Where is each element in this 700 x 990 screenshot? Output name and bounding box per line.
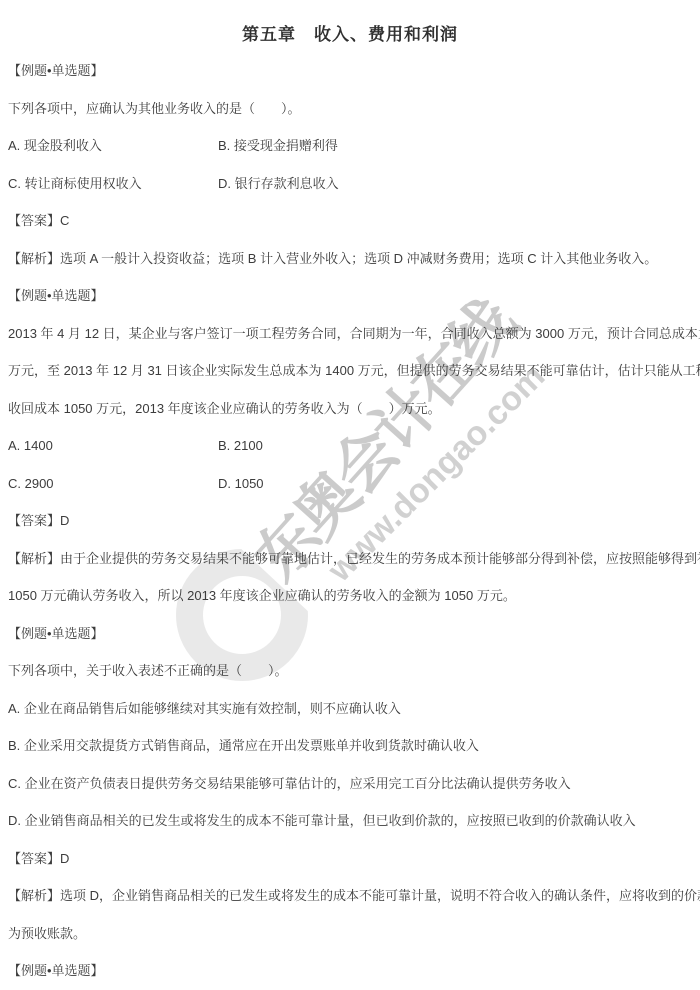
- option-d: D. 1050: [218, 476, 264, 491]
- document-content: 【例题•单选题】下列各项中，应确认为其他业务收入的是（ ）。A. 现金股利收入B…: [0, 52, 700, 990]
- analysis-line: 【解析】选项 A 一般计入投资收益；选项 B 计入营业外收入；选项 D 冲减财务…: [8, 240, 692, 278]
- option-b: B. 接受现金捐赠利得: [218, 138, 338, 153]
- answer-line: 【答案】D: [8, 840, 692, 878]
- option-d: D. 银行存款利息收入: [218, 176, 339, 191]
- question-type-tag: 【例题•单选题】: [8, 277, 692, 315]
- answer-line: 【答案】D: [8, 502, 692, 540]
- document-page: 东奥会计在线 www.dongao.com 第五章 收入、费用和利润 【例题•单…: [0, 0, 700, 990]
- options-row: A. 1400B. 2100: [8, 427, 692, 465]
- option-d: D. 企业销售商品相关的已发生或将发生的成本不能可靠计量，但已收到价款的，应按照…: [8, 802, 692, 840]
- question-stem-line: 2013 年 4 月 12 日，某企业与客户签订一项工程劳务合同，合同期为一年，…: [8, 315, 692, 353]
- question-stem-line: 收回成本 1050 万元，2013 年度该企业应确认的劳务收入为（ ）万元。: [8, 390, 692, 428]
- question-type-tag: 【例题•单选题】: [8, 615, 692, 653]
- option-a: A. 企业在商品销售后如能够继续对其实施有效控制，则不应确认收入: [8, 690, 692, 728]
- analysis-line: 【解析】选项 D，企业销售商品相关的已发生或将发生的成本不能可靠计量，说明不符合…: [8, 877, 692, 915]
- option-c: C. 转让商标使用权收入: [8, 165, 218, 203]
- option-b: B. 企业采用交款提货方式销售商品，通常应在开出发票账单并收到货款时确认收入: [8, 727, 692, 765]
- question-type-tag: 【例题•单选题】: [8, 52, 692, 90]
- question-type-tag: 【例题•单选题】: [8, 952, 692, 990]
- options-row: C. 转让商标使用权收入D. 银行存款利息收入: [8, 165, 692, 203]
- option-c: C. 2900: [8, 465, 218, 503]
- question-stem-line: 下列各项中，关于收入表述不正确的是（ ）。: [8, 652, 692, 690]
- option-a: A. 现金股利收入: [8, 127, 218, 165]
- answer-line: 【答案】C: [8, 202, 692, 240]
- analysis-line: 【解析】由于企业提供的劳务交易结果不能够可靠地估计，已经发生的劳务成本预计能够部…: [8, 540, 692, 578]
- options-row: C. 2900D. 1050: [8, 465, 692, 503]
- question-stem-line: 万元，至 2013 年 12 月 31 日该企业实际发生总成本为 1400 万元…: [8, 352, 692, 390]
- option-c: C. 企业在资产负债表日提供劳务交易结果能够可靠估计的，应采用完工百分比法确认提…: [8, 765, 692, 803]
- question-stem-line: 为预收账款。: [8, 915, 692, 953]
- question-stem-line: 1050 万元确认劳务收入，所以 2013 年度该企业应确认的劳务收入的金额为 …: [8, 577, 692, 615]
- option-a: A. 1400: [8, 427, 218, 465]
- question-stem-line: 下列各项中，应确认为其他业务收入的是（ ）。: [8, 90, 692, 128]
- options-row: A. 现金股利收入B. 接受现金捐赠利得: [8, 127, 692, 165]
- page-title: 第五章 收入、费用和利润: [0, 0, 700, 47]
- option-b: B. 2100: [218, 438, 263, 453]
